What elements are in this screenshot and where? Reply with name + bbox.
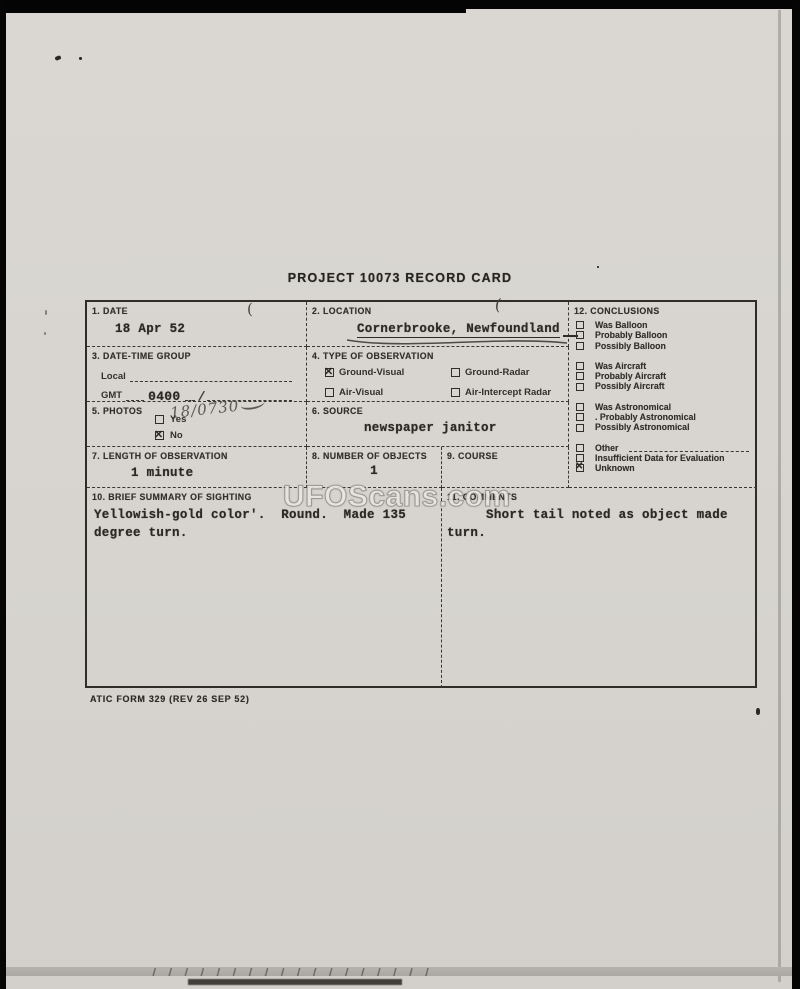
conclusions-group-balloon: Was Balloon Probably Balloon Possibly Ba… xyxy=(574,320,753,351)
option-label: Air-Intercept Radar xyxy=(465,387,551,398)
field-date-value: 18 Apr 52 xyxy=(115,322,185,336)
conclusion-item: Possibly Astronomical xyxy=(574,422,753,432)
option-label: No xyxy=(170,430,183,441)
scan-speck xyxy=(45,310,47,315)
scan-speck xyxy=(79,57,82,60)
option-label: Air-Visual xyxy=(339,387,383,398)
field-conclusions-label: 12. CONCLUSIONS xyxy=(569,302,757,316)
field-date: 1. DATE 18 Apr 52 ( xyxy=(87,302,307,347)
field-source-label: 6. SOURCE xyxy=(307,402,568,416)
scan-artifact-ticks xyxy=(140,968,440,976)
checkbox xyxy=(576,413,584,421)
conclusions-group-other: Other Insufficient Data for Evaluation U… xyxy=(574,443,753,474)
conclusion-item: Possibly Balloon xyxy=(574,341,753,351)
conclusion-label: Was Balloon xyxy=(595,320,647,330)
conclusion-label: . Probably Astronomical xyxy=(595,412,696,422)
field-location: 2. LOCATION Cornerbrooke, Newfoundland ( xyxy=(307,302,569,347)
checkbox xyxy=(576,342,584,350)
scan-speck xyxy=(597,266,599,268)
conclusion-label: Unknown xyxy=(595,463,635,473)
fill-line xyxy=(130,372,292,382)
local-time-row: Local xyxy=(101,371,292,382)
field-course-label: 9. COURSE xyxy=(442,447,568,461)
scan-frame-right xyxy=(792,0,800,989)
checkbox xyxy=(155,431,164,440)
photos-option-no: No xyxy=(155,430,183,441)
scan-frame-left xyxy=(0,0,6,989)
observation-option: Ground-Radar xyxy=(451,367,569,378)
watermark: UFOScans.com xyxy=(283,480,511,514)
field-conclusions: 12. CONCLUSIONS Was Balloon Probably Bal… xyxy=(569,302,757,488)
checkbox xyxy=(576,403,584,411)
conclusion-label: Other xyxy=(595,443,618,453)
conclusion-item: Probably Aircraft xyxy=(574,371,753,381)
conclusion-label: Probably Aircraft xyxy=(595,371,666,381)
conclusion-item: Was Aircraft xyxy=(574,361,753,371)
checkbox xyxy=(451,388,460,397)
conclusion-item: . Probably Astronomical xyxy=(574,412,753,422)
conclusion-label: Possibly Aircraft xyxy=(595,381,665,391)
field-number-label: 8. NUMBER OF OBJECTS xyxy=(307,447,441,461)
scan-frame-top-left xyxy=(0,0,466,13)
observation-option: Air-Visual xyxy=(325,387,443,398)
conclusion-item: Unknown xyxy=(574,463,753,473)
conclusion-label: Possibly Balloon xyxy=(595,341,666,351)
field-observation-type-label: 4. TYPE OF OBSERVATION xyxy=(307,347,568,361)
option-label: Ground-Radar xyxy=(465,367,529,378)
fill-line xyxy=(126,391,144,401)
field-comments: 11. COMMENTS Short tail noted as object … xyxy=(442,488,755,688)
observation-option-row: Air-Visual Air-Intercept Radar xyxy=(325,387,569,398)
field-datetime-group: 3. DATE-TIME GROUP Local GMT 0400 / xyxy=(87,347,307,402)
observation-option: Air-Intercept Radar xyxy=(451,387,569,398)
checkbox xyxy=(576,383,584,391)
option-label: Ground-Visual xyxy=(339,367,404,378)
checkbox xyxy=(576,362,584,370)
fill-line xyxy=(185,391,195,401)
local-label: Local xyxy=(101,371,126,382)
checkbox xyxy=(576,464,584,472)
conclusion-item: Was Balloon xyxy=(574,320,753,330)
checkbox xyxy=(325,368,334,377)
conclusions-group-astronomical: Was Astronomical . Probably Astronomical… xyxy=(574,402,753,433)
checkbox xyxy=(451,368,460,377)
page-title: PROJECT 10073 RECORD CARD xyxy=(0,271,800,285)
field-number-value: 1 xyxy=(307,464,441,478)
checkbox xyxy=(576,331,584,339)
checkbox xyxy=(576,372,584,380)
paper-edge-shadow xyxy=(778,10,781,982)
checkbox xyxy=(576,444,584,452)
field-photos: 5. PHOTOS 18/0730 Yes No xyxy=(87,402,307,447)
field-length-of-observation: 7. LENGTH OF OBSERVATION 1 minute xyxy=(87,447,307,488)
photos-option-yes: Yes xyxy=(155,414,186,425)
scan-speck xyxy=(756,708,760,715)
conclusion-label: Was Astronomical xyxy=(595,402,671,412)
conclusion-item: Was Astronomical xyxy=(574,402,753,412)
option-label: Yes xyxy=(170,414,186,425)
other-fill-line xyxy=(629,444,749,452)
observation-option: Ground-Visual xyxy=(325,367,443,378)
conclusion-label: Possibly Astronomical xyxy=(595,422,690,432)
field-source: 6. SOURCE newspaper janitor xyxy=(307,402,569,447)
conclusion-item: Possibly Aircraft xyxy=(574,381,753,391)
conclusions-group-aircraft: Was Aircraft Probably Aircraft Possibly … xyxy=(574,361,753,392)
field-datetime-group-label: 3. DATE-TIME GROUP xyxy=(87,347,306,361)
conclusion-item: Other xyxy=(574,443,753,453)
scanned-record-card-page: PROJECT 10073 RECORD CARD 1. DATE 18 Apr… xyxy=(0,0,800,989)
field-length-label: 7. LENGTH OF OBSERVATION xyxy=(87,447,306,461)
scan-speck xyxy=(44,332,46,335)
field-observation-type: 4. TYPE OF OBSERVATION Ground-Visual Gro… xyxy=(307,347,569,402)
field-summary: 10. BRIEF SUMMARY OF SIGHTING Yellowish-… xyxy=(87,488,442,688)
conclusion-item: Insufficient Data for Evaluation xyxy=(574,453,753,463)
observation-option-row: Ground-Visual Ground-Radar xyxy=(325,367,569,378)
conclusion-label: Insufficient Data for Evaluation xyxy=(595,453,725,463)
conclusion-label: Probably Balloon xyxy=(595,330,667,340)
checkbox xyxy=(576,321,584,329)
checkbox xyxy=(155,415,164,424)
pen-mark-paren: ( xyxy=(247,300,253,318)
checkbox xyxy=(325,388,334,397)
scan-artifact-bottom-bar xyxy=(188,979,402,985)
handwritten-tail-stroke xyxy=(241,397,266,410)
conclusions-list: Was Balloon Probably Balloon Possibly Ba… xyxy=(574,320,753,474)
gmt-value: 0400 xyxy=(148,392,180,401)
field-location-label: 2. LOCATION xyxy=(307,302,568,316)
field-source-value: newspaper janitor xyxy=(364,421,497,435)
field-date-label: 1. DATE xyxy=(87,302,306,316)
gmt-label: GMT xyxy=(101,390,122,401)
checkbox xyxy=(576,424,584,432)
field-length-value: 1 minute xyxy=(131,466,193,480)
conclusion-item: Probably Balloon xyxy=(574,330,753,340)
form-number-footer: ATIC FORM 329 (REV 26 SEP 52) xyxy=(90,694,250,704)
conclusion-label: Was Aircraft xyxy=(595,361,646,371)
